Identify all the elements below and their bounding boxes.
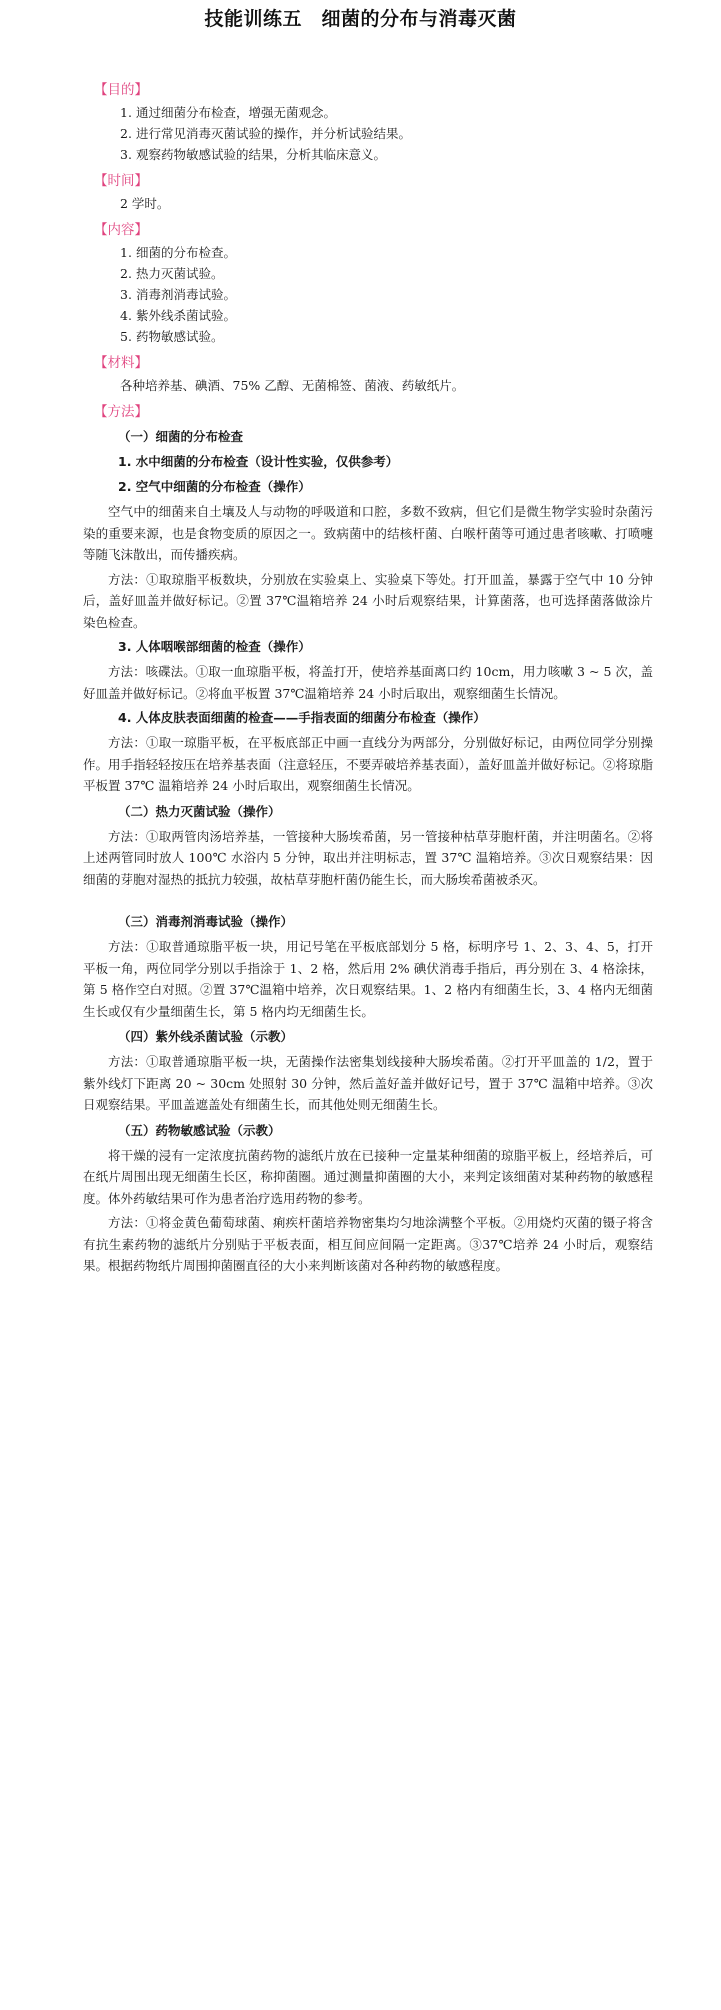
item-number: 5. (120, 326, 136, 347)
item-text: 紫外线杀菌试验。 (136, 308, 236, 323)
item-text: 进行常见消毒灭菌试验的操作，并分析试验结果。 (136, 126, 411, 141)
part1-heading: （一）细菌的分布检查 (96, 426, 676, 448)
list-item: 1.细菌的分布检查。 (96, 242, 676, 263)
page-title: 技能训练五 细菌的分布与消毒灭菌 (0, 4, 721, 31)
list-item: 5.药物敏感试验。 (96, 326, 676, 347)
part5-para1: 将干燥的浸有一定浓度抗菌药物的滤纸片放在已接种一定量某种细菌的琼脂平板上，经培养… (83, 1145, 653, 1210)
item-number: 3. (120, 144, 136, 165)
part5-heading: （五）药物敏感试验（示教） (96, 1120, 676, 1142)
item-number: 4. (120, 305, 136, 326)
part1-sub2-heading: 2. 空气中细菌的分布检查（操作） (96, 476, 676, 498)
part2-heading: （二）热力灭菌试验（操作） (96, 801, 676, 823)
time-text: 2 学时。 (96, 193, 676, 214)
item-number: 1. (120, 242, 136, 263)
list-item: 3.观察药物敏感试验的结果，分析其临床意义。 (96, 144, 676, 165)
section-heading-content: 【内容】 (94, 220, 676, 240)
part1-sub4-heading: 4. 人体皮肤表面细菌的检查——手指表面的细菌分布检查（操作） (96, 707, 676, 729)
item-text: 细菌的分布检查。 (136, 245, 236, 260)
spacer (96, 893, 676, 907)
item-number: 1. (120, 102, 136, 123)
materials-text: 各种培养基、碘酒、75% 乙醇、无菌棉签、菌液、药敏纸片。 (96, 375, 676, 396)
list-item: 2.热力灭菌试验。 (96, 263, 676, 284)
purpose-list: 1.通过细菌分布检查，增强无菌观念。 2.进行常见消毒灭菌试验的操作，并分析试验… (96, 102, 676, 165)
part3-para: 方法：①取普通琼脂平板一块，用记号笔在平板底部划分 5 格，标明序号 1、2、3… (83, 936, 653, 1022)
part1-sub3-para: 方法：咳碟法。①取一血琼脂平板，将盖打开，使培养基面离口约 10cm，用力咳嗽 … (83, 661, 653, 704)
item-text: 通过细菌分布检查，增强无菌观念。 (136, 105, 336, 120)
part1-sub1-heading: 1. 水中细菌的分布检查（设计性实验，仅供参考） (96, 451, 676, 473)
item-text: 消毒剂消毒试验。 (136, 287, 236, 302)
item-number: 2. (120, 123, 136, 144)
section-heading-purpose: 【目的】 (94, 80, 676, 100)
part1-sub2-para1: 空气中的细菌来自土壤及人与动物的呼吸道和口腔，多数不致病，但它们是微生物学实验时… (83, 501, 653, 566)
part2-para: 方法：①取两管肉汤培养基，一管接种大肠埃希菌，另一管接种枯草芽胞杆菌，并注明菌名… (83, 826, 653, 891)
section-heading-materials: 【材料】 (94, 353, 676, 373)
list-item: 4.紫外线杀菌试验。 (96, 305, 676, 326)
part4-para: 方法：①取普通琼脂平板一块，无菌操作法密集划线接种大肠埃希菌。②打开平皿盖的 1… (83, 1051, 653, 1116)
document-body: 【目的】 1.通过细菌分布检查，增强无菌观念。 2.进行常见消毒灭菌试验的操作，… (96, 80, 676, 1280)
item-text: 观察药物敏感试验的结果，分析其临床意义。 (136, 147, 386, 162)
item-text: 热力灭菌试验。 (136, 266, 224, 281)
content-list: 1.细菌的分布检查。 2.热力灭菌试验。 3.消毒剂消毒试验。 4.紫外线杀菌试… (96, 242, 676, 347)
part4-heading: （四）紫外线杀菌试验（示教） (96, 1026, 676, 1048)
section-heading-methods: 【方法】 (94, 402, 676, 422)
list-item: 1.通过细菌分布检查，增强无菌观念。 (96, 102, 676, 123)
item-text: 药物敏感试验。 (136, 329, 224, 344)
item-number: 2. (120, 263, 136, 284)
section-heading-time: 【时间】 (94, 171, 676, 191)
list-item: 3.消毒剂消毒试验。 (96, 284, 676, 305)
part1-sub4-para: 方法：①取一琼脂平板，在平板底部正中画一直线分为两部分，分别做好标记，由两位同学… (83, 732, 653, 797)
item-number: 3. (120, 284, 136, 305)
list-item: 2.进行常见消毒灭菌试验的操作，并分析试验结果。 (96, 123, 676, 144)
part1-sub2-para2: 方法：①取琼脂平板数块，分别放在实验桌上、实验桌下等处。打开皿盖，暴露于空气中 … (83, 569, 653, 634)
part5-para2: 方法：①将金黄色葡萄球菌、痢疾杆菌培养物密集均匀地涂满整个平板。②用烧灼灭菌的镊… (83, 1212, 653, 1277)
part3-heading: （三）消毒剂消毒试验（操作） (96, 911, 676, 933)
part1-sub3-heading: 3. 人体咽喉部细菌的检查（操作） (96, 636, 676, 658)
